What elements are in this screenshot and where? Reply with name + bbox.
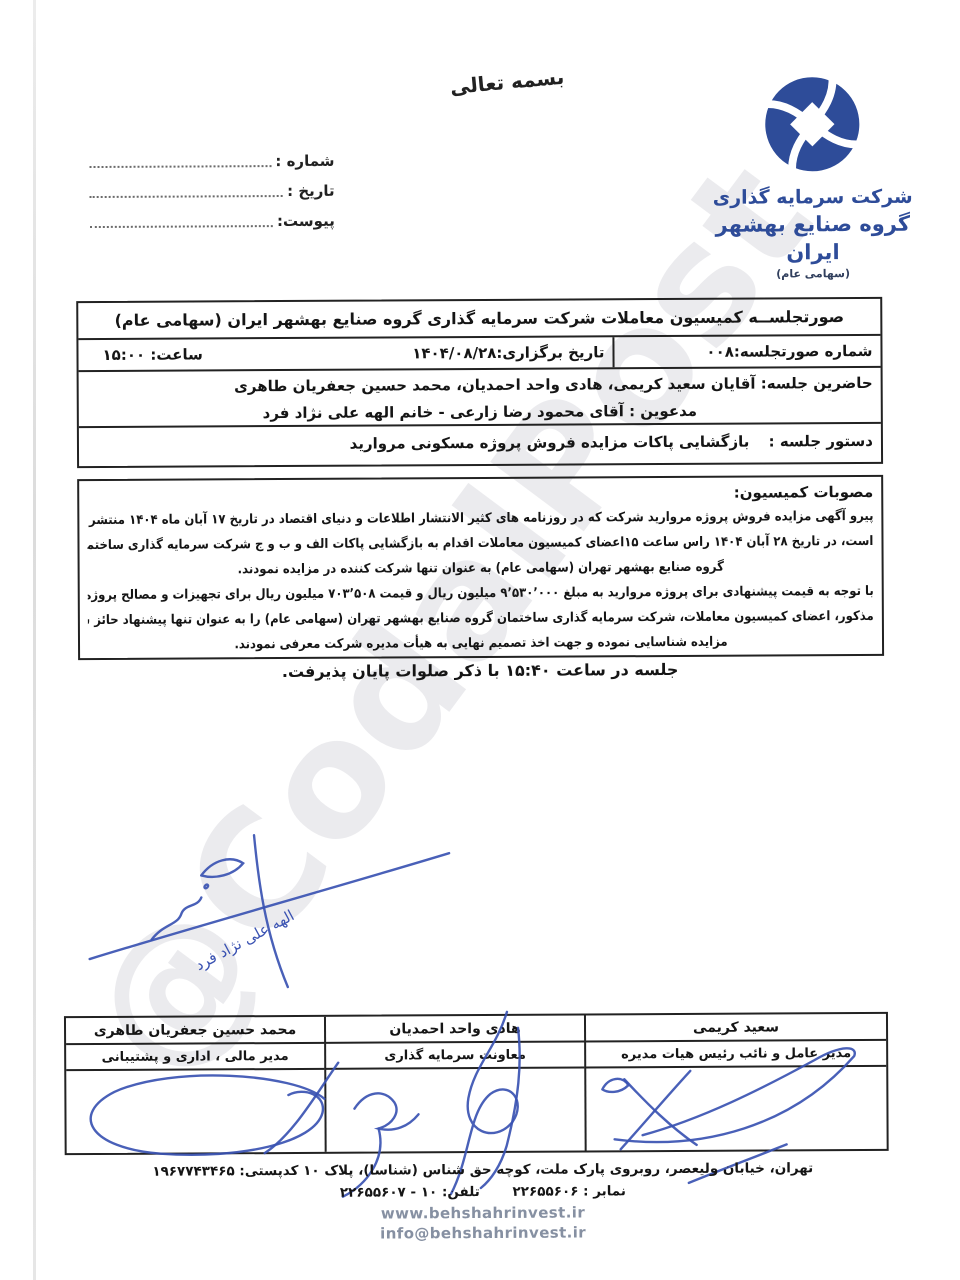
minutes-datetime-cell: تاریخ برگزاری:۱۴۰۴/۰۸/۲۸ ساعت: ۱۵:۰۰ bbox=[78, 337, 612, 370]
signature-table: سعید کریمی هادی واحد احمدیان محمد حسین ج… bbox=[64, 1012, 889, 1155]
ref-row-number: شماره : bbox=[89, 143, 334, 174]
minutes-header-table: صورتجلســه کمیسیون معاملات شرکت سرمایه گ… bbox=[76, 297, 883, 468]
minutes-meta-row: شماره صورتجلسه:۰۰۸ تاریخ برگزاری:۱۴۰۴/۰۸… bbox=[78, 336, 880, 372]
footer-email: info@behshahrinvest.ir bbox=[3, 1220, 960, 1245]
agenda-label: دستور جلسه : bbox=[769, 432, 873, 451]
signature-invitee-ink bbox=[89, 834, 450, 988]
ref-label-date: تاریخ : bbox=[287, 179, 335, 203]
signer-name-deputy: هادی واحد احمدیان bbox=[324, 1015, 584, 1043]
signer-name-cfo: محمد حسین جعفریان طاهری bbox=[66, 1017, 324, 1045]
ref-label-number: شماره : bbox=[275, 149, 334, 173]
attendees-row: حاضرین جلسه: آقایان سعید کریمی، هادی واح… bbox=[79, 368, 881, 428]
ref-dotted-line bbox=[90, 165, 272, 168]
minutes-date: تاریخ برگزاری:۱۴۰۴/۰۸/۲۸ bbox=[412, 337, 604, 368]
minutes-time: ساعت: ۱۵:۰۰ bbox=[102, 339, 203, 370]
footer-block: تهران، خیابان ولیعصر، روبروی پارک ملت، ک… bbox=[3, 1156, 960, 1245]
document-content: @CodalPost بسمه تعالی شرکت سرمایه گذاری … bbox=[0, 0, 960, 1280]
resolution-line: مزایده شناسایی نموده و جهت اخذ تصمیم نها… bbox=[88, 629, 874, 658]
footer-fax: نمابر : ۲۲۶۵۵۶۰۶ bbox=[512, 1183, 625, 1200]
company-letterhead: شرکت سرمایه گذاری گروه صنایع بهشهر ایران… bbox=[700, 68, 925, 283]
signer-title-deputy: معاونت سرمایه گذاری bbox=[324, 1042, 584, 1069]
signer-name-ceo: سعید کریمی bbox=[584, 1014, 886, 1043]
minutes-title: صورتجلســه کمیسیون معاملات شرکت سرمایه گ… bbox=[78, 299, 880, 340]
company-name-line2: گروه صنایع بهشهر ایران bbox=[701, 210, 925, 267]
company-logo-icon bbox=[756, 68, 869, 181]
invitees-line: مدعوین : آقای محمود رضا زارعی - خانم اله… bbox=[87, 397, 873, 428]
ref-label-attachment: پیوست: bbox=[277, 209, 335, 233]
signature-area-deputy bbox=[324, 1068, 584, 1151]
footer-phone: تلفن: ۱۰ - ۲۲۶۵۵۶۰۷ bbox=[340, 1184, 480, 1201]
closing-statement: جلسه در ساعت ۱۵:۴۰ با ذکر صلوات پایان پذ… bbox=[0, 658, 960, 682]
company-type-label: (سهامی عام) bbox=[701, 266, 925, 283]
ref-row-date: تاریخ : bbox=[90, 173, 335, 204]
ref-dotted-line bbox=[90, 195, 283, 198]
minutes-number: شماره صورتجلسه:۰۰۸ bbox=[612, 336, 880, 367]
ref-row-attachment: پیوست: bbox=[90, 203, 335, 234]
signer-title-cfo: مدیر مالی ، اداری و پشتیبانی bbox=[66, 1044, 324, 1071]
agenda-row: دستور جلسه : بازگشایی پاکات مزایده فروش … bbox=[79, 424, 881, 466]
signature-area-ceo bbox=[584, 1067, 886, 1151]
signer-title-ceo: مدیر عامل و نائب رئیس هیات مدیره bbox=[584, 1041, 886, 1069]
company-name-line1: شرکت سرمایه گذاری bbox=[701, 185, 925, 211]
ref-dotted-line bbox=[90, 225, 273, 228]
attendees-line: حاضرین جلسه: آقایان سعید کریمی، هادی واح… bbox=[87, 370, 873, 401]
reference-fields: شماره : تاریخ : پیوست: bbox=[89, 143, 334, 234]
bismillah-text: بسمه تعالی bbox=[416, 62, 597, 103]
signature-area-cfo bbox=[66, 1070, 324, 1153]
resolution-line: است، در تاریخ ۲۸ آبان ۱۴۰۴ راس ساعت ۱۵اع… bbox=[87, 529, 873, 558]
resolution-line: مذکور، اعضای کمیسیون معاملات، شرکت سرمای… bbox=[88, 604, 874, 633]
handwritten-name: الهه علی نژاد فرد bbox=[130, 873, 359, 1007]
scanned-document-page: @CodalPost بسمه تعالی شرکت سرمایه گذاری … bbox=[0, 0, 960, 1280]
resolutions-box: مصوبات کمیسیون: پیرو آگهی مزایده فروش پر… bbox=[77, 475, 884, 660]
agenda-text: بازگشایی پاکات مزایده فروش پروژه مسکونی … bbox=[350, 433, 750, 453]
